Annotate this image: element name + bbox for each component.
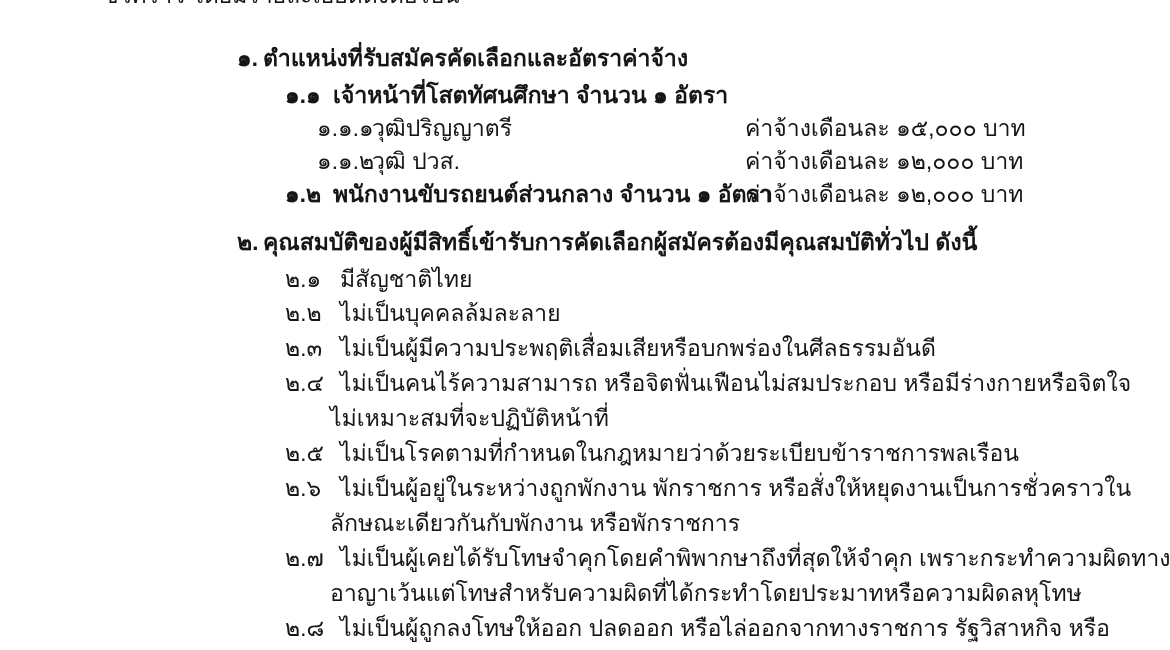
item-2-6-number: ๒.๖ <box>285 472 340 504</box>
item-2-5: ๒.๕ไม่เป็นโรคตามที่กำหนดในกฎหมายว่าด้วยร… <box>285 437 1019 469</box>
section-2-heading: ๒.คุณสมบัติของผู้มีสิทธิ์เข้ารับการคัดเล… <box>237 226 977 258</box>
item-1-1-1-number: ๑.๑.๑ <box>317 112 372 144</box>
item-2-7-number: ๒.๗ <box>285 542 340 574</box>
item-1-1-1-text: วุฒิปริญญาตรี <box>372 115 512 141</box>
section-2-title: คุณสมบัติของผู้มีสิทธิ์เข้ารับการคัดเลือ… <box>263 229 977 255</box>
item-1-1-text: เจ้าหน้าที่โสตทัศนศึกษา จำนวน ๑ อัตรา <box>333 82 728 108</box>
item-2-7-text: ไม่เป็นผู้เคยได้รับโทษจำคุกโดยคำพิพากษาถ… <box>340 545 1170 571</box>
section-1-title: ตำแหน่งที่รับสมัครคัดเลือกและอัตราค่าจ้า… <box>263 45 688 71</box>
item-2-2-number: ๒.๒ <box>285 297 340 329</box>
item-1-2-text: พนักงานขับรถยนต์ส่วนกลาง จำนวน ๑ อัตรา <box>333 181 772 207</box>
item-1-1-1: ๑.๑.๑วุฒิปริญญาตรี <box>317 112 512 144</box>
item-2-4-text-line2: ไม่เหมาะสมที่จะปฏิบัติหน้าที่ <box>330 402 609 434</box>
item-1-1-2-text: วุฒิ ปวส. <box>372 148 460 174</box>
item-1-2-number: ๑.๒ <box>285 178 333 210</box>
top-clipped-line: ชั่วคราว โดยมีรายละเอียดดังต่อไปนี้ <box>103 0 460 11</box>
item-2-2: ๒.๒ไม่เป็นบุคคลล้มละลาย <box>285 297 561 329</box>
section-1-heading: ๑.ตำแหน่งที่รับสมัครคัดเลือกและอัตราค่าจ… <box>237 42 688 74</box>
item-1-2-salary: ค่าจ้างเดือนละ ๑๒,๐๐๐ บาท <box>745 178 1023 210</box>
item-2-6-text-line2: ลักษณะเดียวกันกับพักงาน หรือพักราชการ <box>330 507 740 539</box>
item-2-3-text: ไม่เป็นผู้มีความประพฤติเสื่อมเสียหรือบกพ… <box>340 335 936 361</box>
item-2-7-text-line2: อาญาเว้นแต่โทษสำหรับความผิดที่ได้กระทำโด… <box>330 577 1082 609</box>
item-1-1-2: ๑.๑.๒วุฒิ ปวส. <box>317 145 460 177</box>
item-2-8-number: ๒.๘ <box>285 612 340 644</box>
item-1-1-number: ๑.๑ <box>285 79 333 111</box>
item-2-2-text: ไม่เป็นบุคคลล้มละลาย <box>340 300 561 326</box>
item-2-1: ๒.๑มีสัญชาติไทย <box>285 263 472 295</box>
item-2-7: ๒.๗ไม่เป็นผู้เคยได้รับโทษจำคุกโดยคำพิพาก… <box>285 542 1170 574</box>
item-1-1: ๑.๑เจ้าหน้าที่โสตทัศนศึกษา จำนวน ๑ อัตรา <box>285 79 728 111</box>
item-2-1-text: มีสัญชาติไทย <box>340 266 472 292</box>
item-1-2: ๑.๒พนักงานขับรถยนต์ส่วนกลาง จำนวน ๑ อัตร… <box>285 178 772 210</box>
item-2-5-number: ๒.๕ <box>285 437 340 469</box>
item-2-6-text: ไม่เป็นผู้อยู่ในระหว่างถูกพักงาน พักราชก… <box>340 475 1131 501</box>
section-1-number: ๑. <box>237 42 263 74</box>
item-2-1-number: ๒.๑ <box>285 263 340 295</box>
item-1-1-2-salary: ค่าจ้างเดือนละ ๑๒,๐๐๐ บาท <box>745 145 1023 177</box>
document-page: ชั่วคราว โดยมีรายละเอียดดังต่อไปนี้ ๑.ตำ… <box>0 0 1170 650</box>
item-2-4: ๒.๔ไม่เป็นคนไร้ความสามารถ หรือจิตฟั่นเฟื… <box>285 367 1131 399</box>
item-2-3: ๒.๓ไม่เป็นผู้มีความประพฤติเสื่อมเสียหรือ… <box>285 332 936 364</box>
item-2-6: ๒.๖ไม่เป็นผู้อยู่ในระหว่างถูกพักงาน พักร… <box>285 472 1131 504</box>
item-2-3-number: ๒.๓ <box>285 332 340 364</box>
section-2-number: ๒. <box>237 226 263 258</box>
item-2-5-text: ไม่เป็นโรคตามที่กำหนดในกฎหมายว่าด้วยระเบ… <box>340 440 1019 466</box>
item-1-1-1-salary: ค่าจ้างเดือนละ ๑๕,๐๐๐ บาท <box>745 112 1026 144</box>
item-2-8-text: ไม่เป็นผู้ถูกลงโทษให้ออก ปลดออก หรือไล่อ… <box>340 615 1110 641</box>
item-2-8: ๒.๘ไม่เป็นผู้ถูกลงโทษให้ออก ปลดออก หรือไ… <box>285 612 1110 644</box>
item-2-4-text: ไม่เป็นคนไร้ความสามารถ หรือจิตฟั่นเฟือนไ… <box>340 370 1131 396</box>
item-1-1-2-number: ๑.๑.๒ <box>317 145 372 177</box>
item-2-4-number: ๒.๔ <box>285 367 340 399</box>
